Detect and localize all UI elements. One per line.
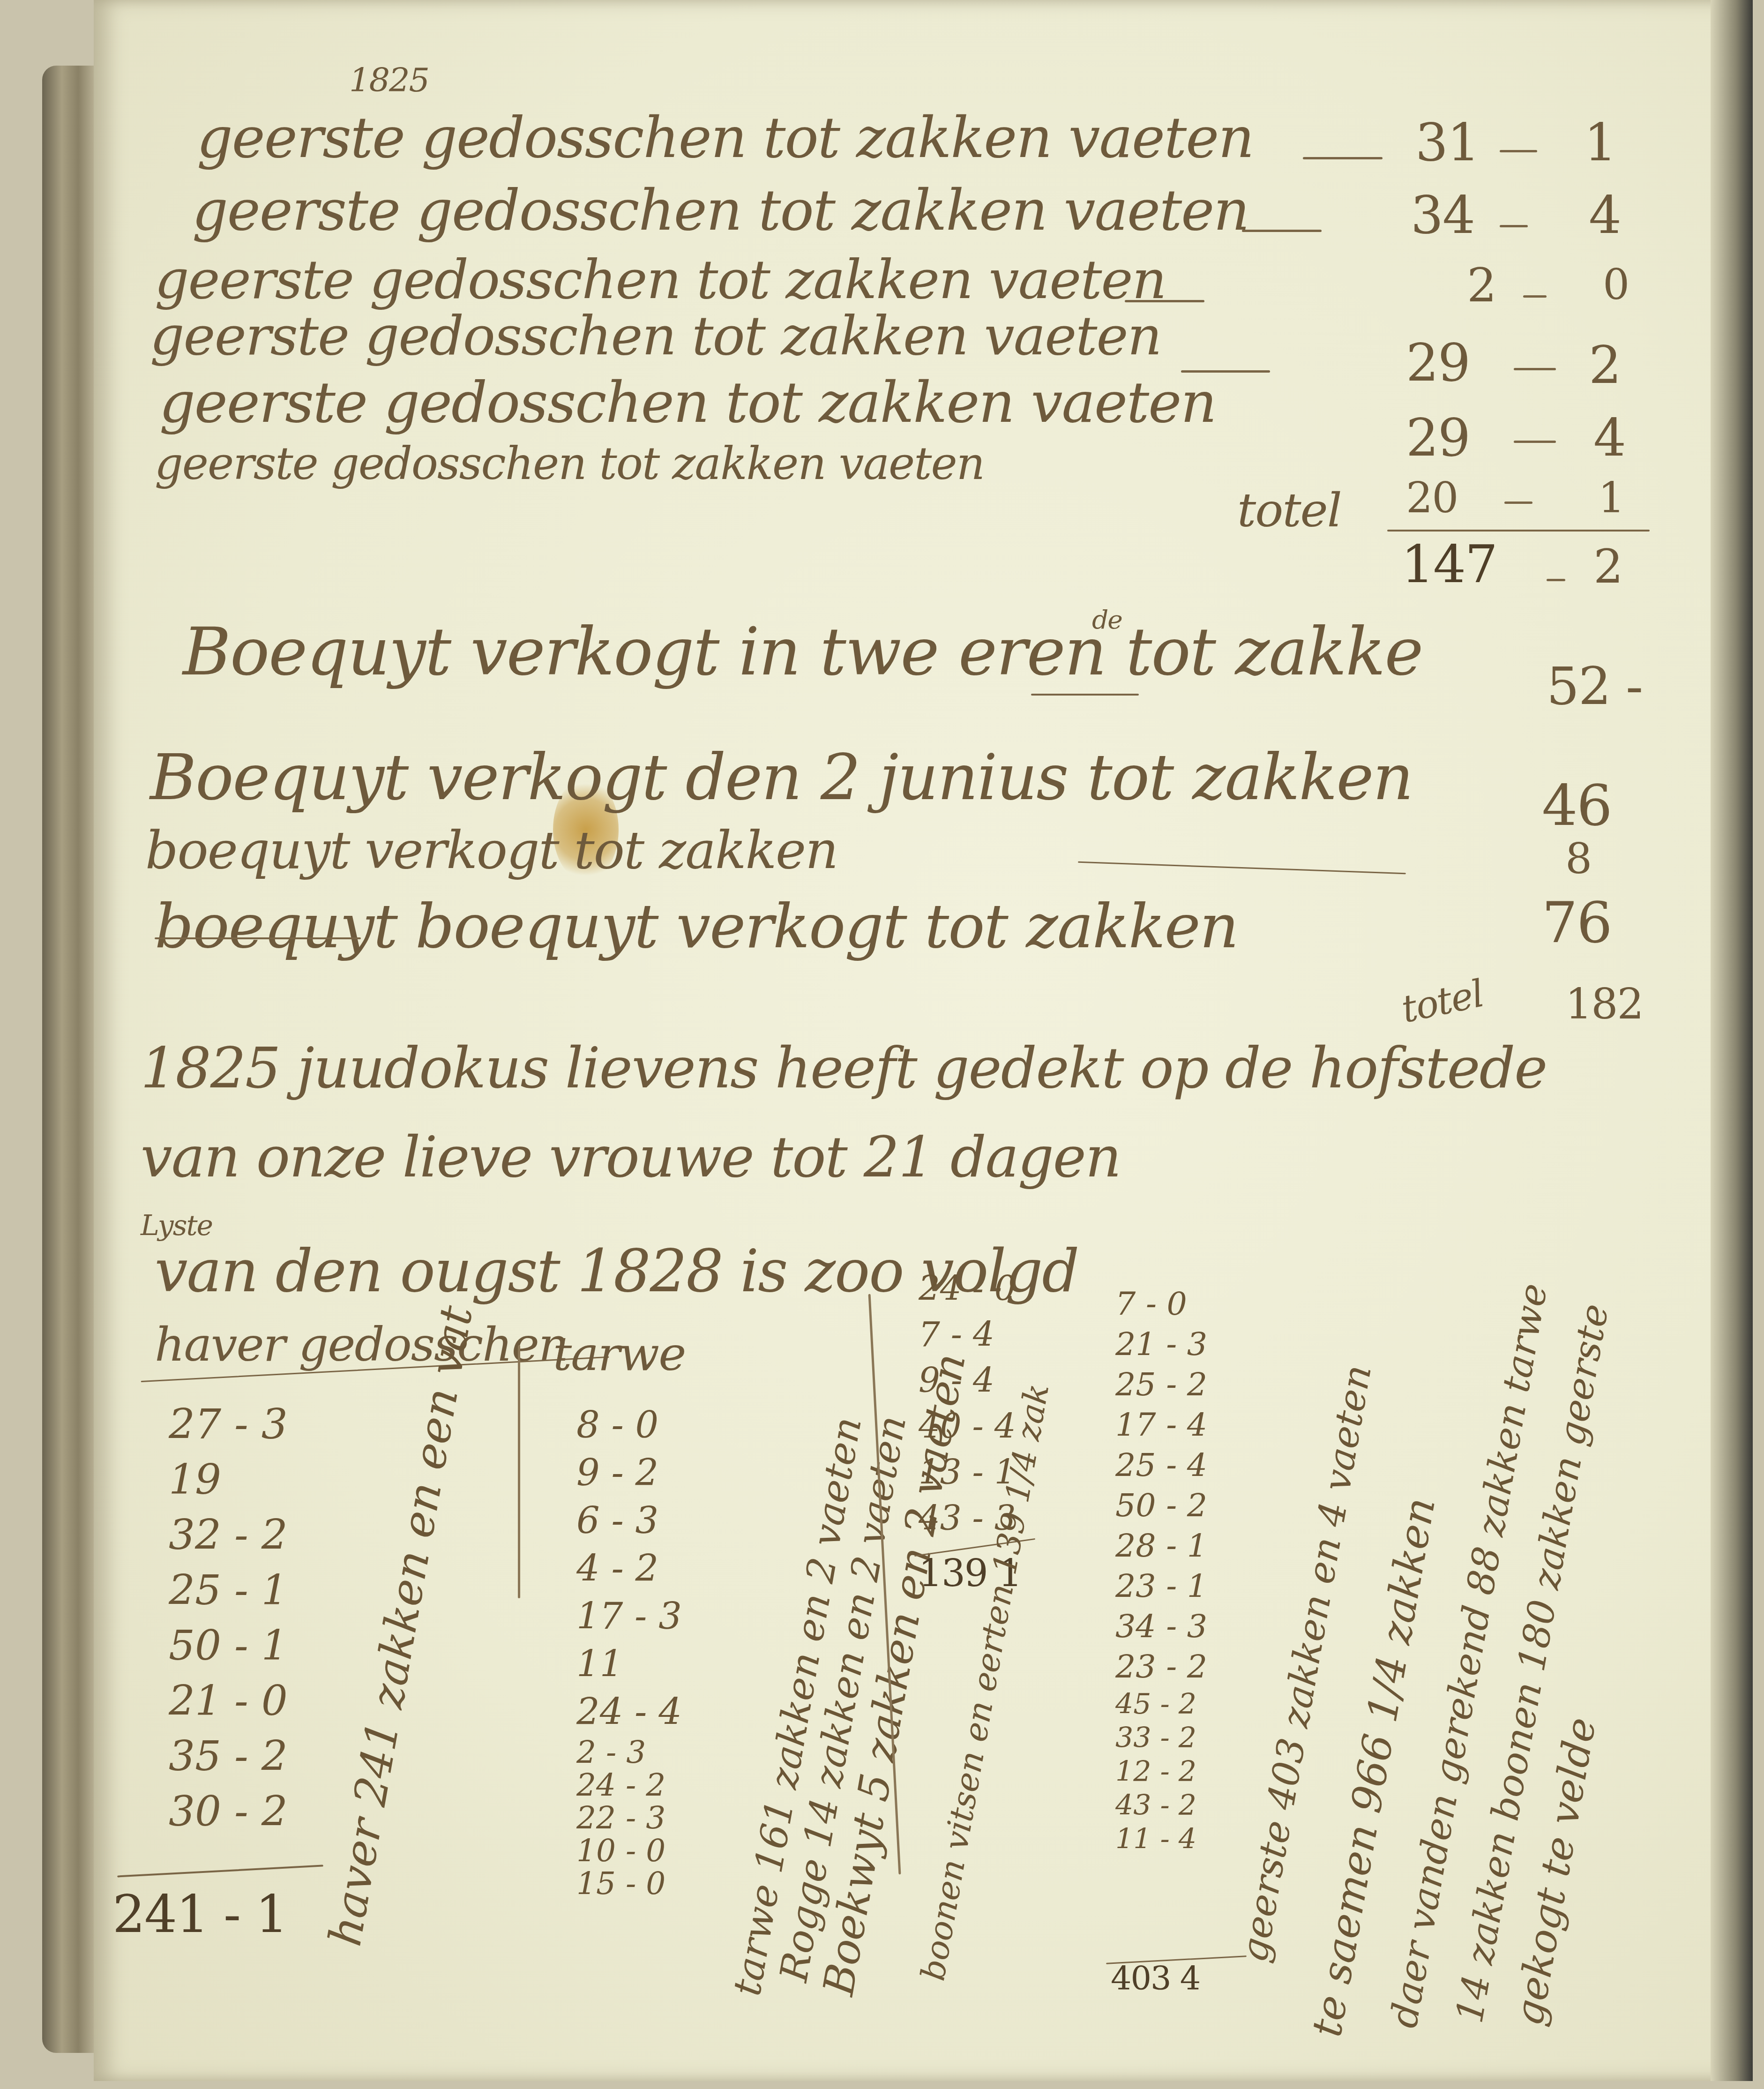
haver-title: haver gedosschen [155,1317,568,1372]
boonen-value: 24 - 0 [919,1265,1016,1311]
leader-line [1303,157,1383,159]
haver-value: 50 - 1 [169,1618,288,1673]
geerste-value: 11 - 4 [1115,1822,1207,1856]
buckwheat-row-3-text: boequyt verkogt tot zakken [145,820,837,880]
barley-row-6-zakken: 20 [1406,473,1458,523]
barley-row-3-zakken: 2 [1467,258,1496,313]
dash [1514,368,1556,370]
haver-values: 27 - 3 19 32 - 2 25 - 1 50 - 1 21 - 0 35… [169,1397,288,1839]
buckwheat-row-1-text: Boequyt verkogt in twe eren tot zakke [183,614,1422,690]
tarwe-values: 8 - 0 9 - 2 6 - 3 4 - 2 17 - 3 11 24 - 4… [576,1401,682,1900]
geerste-value: 33 - 2 [1115,1721,1207,1755]
barley-row-5-vaeten: 4 [1593,408,1625,468]
buckwheat-row-4-value: 76 [1542,891,1612,956]
boonen-value: 9 - 4 [919,1357,1016,1403]
barley-row-2-vaeten: 4 [1589,185,1621,245]
underline [1031,694,1139,696]
barley-row-4-vaeten: 2 [1589,335,1621,395]
buckwheat-row-2-text: Boequyt verkogt den 2 junius tot zakken [150,741,1413,814]
total-rule [1387,530,1650,532]
geerste-value: 17 - 4 [1115,1405,1207,1445]
tarwe-value: 8 - 0 [576,1401,682,1449]
haver-value: 32 - 2 [169,1507,288,1563]
haver-value: 19 [169,1452,288,1507]
leader-line [1125,300,1204,302]
geerste-values: 7 - 0 21 - 3 25 - 2 17 - 4 25 - 4 50 - 2… [1115,1284,1207,1856]
barley-row-1-text: geerste gedosschen tot zakken vaeten [197,105,1254,171]
geerste-value: 43 - 2 [1115,1789,1207,1822]
haver-value: 30 - 2 [169,1784,288,1839]
barley-row-1-zakken: 31 [1415,112,1479,172]
dash [1514,441,1556,443]
dash [1523,295,1547,298]
boonen-value: 7 - 4 [919,1311,1016,1357]
barley-row-2-text: geerste gedosschen tot zakken vaeten [192,178,1249,243]
haver-value: 35 - 2 [169,1729,288,1784]
dash [1500,150,1537,152]
geerste-value: 21 - 3 [1115,1325,1207,1365]
haver-total: 241 - 1 [112,1884,287,1944]
geerste-value: 25 - 4 [1115,1445,1207,1486]
column-divider [518,1345,520,1598]
geerste-value: 25 - 2 [1115,1365,1207,1405]
geerste-value: 50 - 2 [1115,1486,1207,1526]
buckwheat-row-3-value: 8 [1565,834,1591,884]
geerste-value: 7 - 0 [1115,1284,1207,1325]
buckwheat-row-1-superscript: de [1092,605,1122,635]
geerste-value: 23 - 1 [1115,1566,1207,1607]
geerste-value: 45 - 2 [1115,1687,1207,1721]
tarwe-value: 6 - 3 [576,1497,682,1545]
geerste-value: 12 - 2 [1115,1755,1207,1789]
strikethrough [155,937,361,939]
buckwheat-row-1-value: 52 - [1547,656,1642,716]
barley-total-zakken: 147 [1401,534,1497,594]
tarwe-value: 17 - 3 [576,1593,682,1640]
geerste-value: 28 - 1 [1115,1526,1207,1566]
barley-row-4-zakken: 29 [1406,333,1470,393]
barley-row-1-vaeten: 1 [1584,112,1616,172]
barley-row-5-zakken: 29 [1406,408,1470,468]
barley-row-6-vaeten: 1 [1598,473,1624,523]
tarwe-value: 22 - 3 [576,1802,682,1834]
tarwe-value: 9 - 2 [576,1449,682,1497]
geerste-value: 34 - 3 [1115,1607,1207,1647]
dash [1504,502,1532,504]
tarwe-value: 10 - 0 [576,1834,682,1867]
tarwe-value: 24 - 4 [576,1688,682,1736]
tarwe-value: 2 - 3 [576,1736,682,1769]
haver-value: 25 - 1 [169,1563,288,1618]
tarwe-title: tarwe [553,1326,685,1381]
note-1825-line-1: 1825 juudokus lievens heeft gedekt op de… [141,1036,1547,1101]
barley-row-4-text: geerste gedosschen tot zakken vaeten [150,305,1161,367]
buckwheat-row-2-value: 46 [1542,773,1612,839]
barley-row-3-text: geerste gedosschen tot zakken vaeten [155,248,1166,311]
tarwe-value: 4 - 2 [576,1545,682,1593]
boonen-value: 40 - 4 [919,1403,1016,1449]
page-gutter [1711,0,1753,2081]
dash [1500,225,1528,227]
tarwe-value: 11 [576,1640,682,1688]
barley-row-3-vaeten: 0 [1603,260,1629,309]
leader-line [1242,230,1322,232]
buckwheat-total: 182 [1565,980,1643,1029]
note-1825-line-2: van onze lieve vrouwe tot 21 dagen [141,1125,1121,1190]
haver-value: 21 - 0 [169,1673,288,1729]
buckwheat-row-4-text: boequyt boequyt verkogt tot zakken [155,891,1238,962]
dash [1547,579,1565,581]
geerste-value: 23 - 2 [1115,1647,1207,1687]
tarwe-value: 15 - 0 [576,1867,682,1900]
geerste-total: 403 4 [1111,1959,1200,1998]
barley-row-2-zakken: 34 [1411,185,1474,245]
barley-row-6-text: geerste gedosschen tot zakken vaeten [155,438,984,490]
barley-total-vaeten: 2 [1593,539,1622,594]
year-header: 1825 [349,61,429,99]
tarwe-value: 24 - 2 [576,1769,682,1802]
barley-row-5-text: geerste gedosschen tot zakken vaeten [159,370,1216,435]
barley-total-label: totel [1237,483,1341,538]
haver-value: 27 - 3 [169,1397,288,1452]
